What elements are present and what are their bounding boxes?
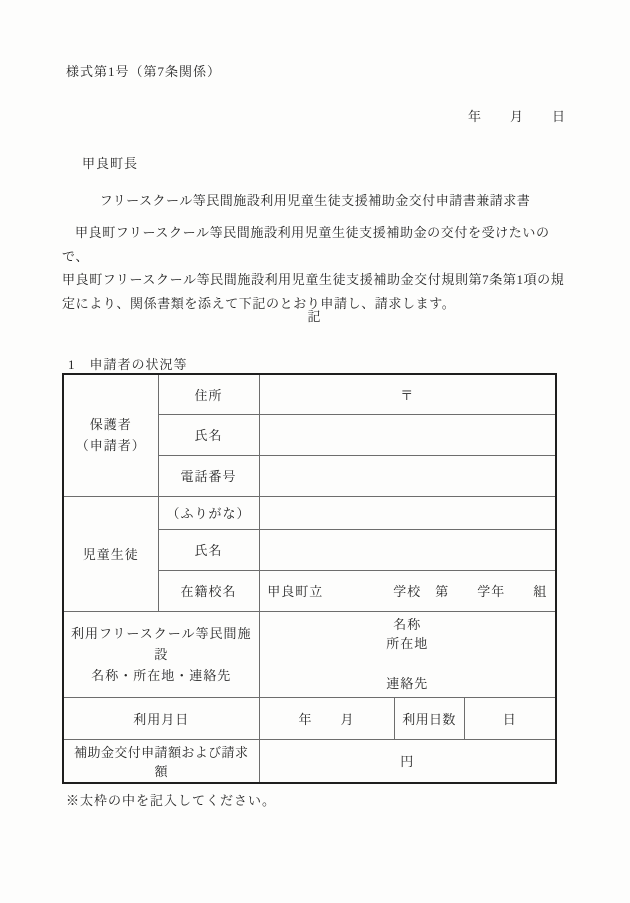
guardian-group-cell: 保護者 （申請者） bbox=[63, 374, 158, 496]
form-number: 様式第1号（第7条関係） bbox=[66, 61, 221, 80]
facility-name-label: 名称 bbox=[266, 615, 550, 634]
table-row: 利用月日 年 月 利用日数 日 bbox=[63, 697, 556, 739]
body-paragraph: 甲良町フリースクール等民間施設利用児童生徒支援補助金の交付を受けたいので、 甲良… bbox=[62, 221, 570, 315]
table-row: 利用フリースクール等民間施設 名称・所在地・連絡先 名称 所在地 連絡先 bbox=[63, 611, 556, 697]
amount-label: 補助金交付申請額および請求額 bbox=[63, 739, 259, 783]
facility-location-label: 所在地 bbox=[266, 634, 550, 653]
table-row: 児童生徒 （ふりがな） bbox=[63, 496, 556, 529]
table-row: 補助金交付申請額および請求額 円 bbox=[63, 739, 556, 783]
document-title: フリースクール等民間施設利用児童生徒支援補助金交付申請書兼請求書 bbox=[0, 190, 630, 209]
section-heading: 1 申請者の状況等 bbox=[68, 354, 188, 373]
document-page: 様式第1号（第7条関係） 年 月 日 甲良町長 フリースクール等民間施設利用児童… bbox=[0, 0, 630, 903]
usage-days-label: 利用日数 bbox=[394, 697, 464, 739]
addressee: 甲良町長 bbox=[82, 153, 138, 172]
student-name-label: 氏名 bbox=[158, 529, 259, 570]
student-name-value-cell bbox=[259, 529, 556, 570]
applicant-status-table: 保護者 （申請者） 住所 〒 氏名 電話番号 児童生徒 （ふりがな） bbox=[62, 373, 557, 784]
student-group-cell: 児童生徒 bbox=[63, 496, 158, 611]
facility-label-cell: 利用フリースクール等民間施設 名称・所在地・連絡先 bbox=[63, 611, 259, 697]
address-value-cell: 〒 bbox=[259, 374, 556, 414]
footnote: ※太枠の中を記入してください。 bbox=[66, 790, 276, 809]
school-value-cell: 甲良町立 学校 第 学年 組 bbox=[259, 570, 556, 611]
facility-contact-label: 連絡先 bbox=[266, 674, 550, 693]
body-line: 甲良町フリースクール等民間施設利用児童生徒支援補助金の交付を受けたいので、 bbox=[62, 221, 570, 268]
usage-date-label: 利用月日 bbox=[63, 697, 259, 739]
usage-days-value-cell: 日 bbox=[464, 697, 556, 739]
furigana-label: （ふりがな） bbox=[158, 496, 259, 529]
guardian-group-label: （申請者） bbox=[70, 435, 152, 456]
guardian-name-label: 氏名 bbox=[158, 414, 259, 455]
school-label: 在籍校名 bbox=[158, 570, 259, 611]
guardian-group-label: 保護者 bbox=[70, 414, 152, 435]
facility-label: 利用フリースクール等民間施設 bbox=[70, 623, 253, 665]
furigana-value-cell bbox=[259, 496, 556, 529]
guardian-name-value-cell bbox=[259, 414, 556, 455]
facility-value-cell: 名称 所在地 連絡先 bbox=[259, 611, 556, 697]
date-line: 年 月 日 bbox=[0, 106, 566, 125]
phone-value-cell bbox=[259, 455, 556, 496]
postal-mark-icon: 〒 bbox=[400, 388, 414, 403]
amount-value-cell: 円 bbox=[259, 739, 556, 783]
phone-label: 電話番号 bbox=[158, 455, 259, 496]
table-row: 保護者 （申請者） 住所 〒 bbox=[63, 374, 556, 414]
address-label: 住所 bbox=[158, 374, 259, 414]
facility-label: 名称・所在地・連絡先 bbox=[70, 665, 253, 686]
body-line: 甲良町フリースクール等民間施設利用児童生徒支援補助金交付規則第7条第1項の規 bbox=[62, 268, 570, 292]
usage-date-value-cell: 年 月 bbox=[259, 697, 394, 739]
record-mark: 記 bbox=[0, 306, 630, 325]
